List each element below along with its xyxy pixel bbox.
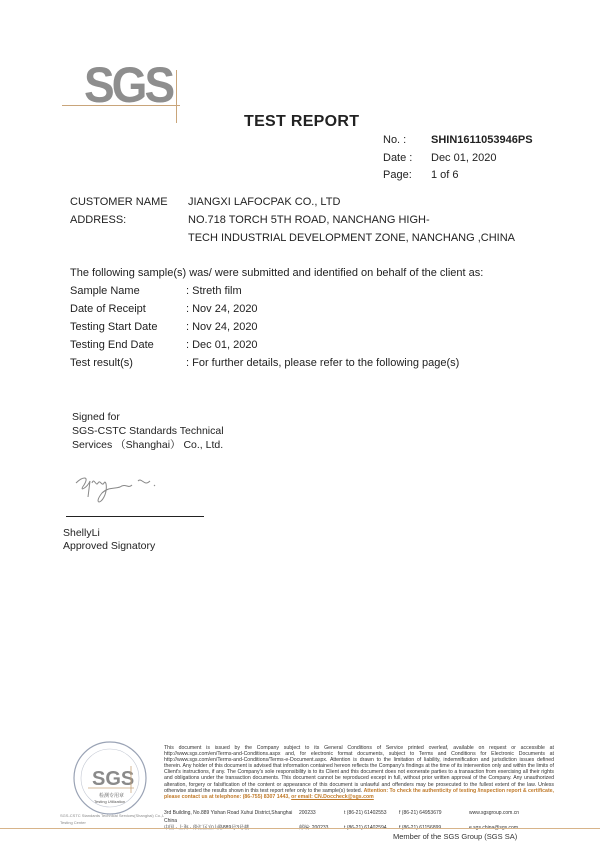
sgs-logo-text: SGS bbox=[84, 60, 172, 110]
page-number: 1 of 6 bbox=[431, 169, 459, 187]
fax-1: f (86-21) 64953679 bbox=[399, 810, 469, 825]
tel-1: t (86-21) 61402553 bbox=[344, 810, 399, 825]
svg-text:Testing Center: Testing Center bbox=[60, 820, 86, 825]
info-label: Test result(s) bbox=[70, 357, 186, 375]
svg-text:SGS: SGS bbox=[92, 768, 134, 790]
info-label: Testing Start Date bbox=[70, 321, 186, 339]
stamp-seal-icon: SGS 检测专用章 Testing Utilization SGS-CSTC S… bbox=[58, 738, 164, 826]
address-label-blank bbox=[70, 232, 188, 250]
report-number: SHIN1611053946PS bbox=[431, 134, 533, 152]
signer-block: ShellyLi Approved Signatory bbox=[63, 527, 155, 553]
address-en: 3rd Building, No.889 Yishan Road Xuhui D… bbox=[164, 810, 299, 825]
website-link[interactable]: www.sgsgroup.com.cn bbox=[469, 810, 519, 825]
info-row: Date of Receipt : Nov 24, 2020 bbox=[70, 303, 459, 321]
info-value: : Dec 01, 2020 bbox=[186, 339, 258, 357]
report-date: Dec 01, 2020 bbox=[431, 152, 496, 170]
info-label: Sample Name bbox=[70, 285, 186, 303]
signature-line bbox=[66, 516, 204, 517]
signed-for-label: Signed for bbox=[72, 410, 224, 424]
address-line-1: NO.718 TORCH 5TH ROAD, NANCHANG HIGH- bbox=[188, 214, 430, 232]
meta-label: Date : bbox=[383, 152, 431, 170]
info-row: Sample Name : Streth film bbox=[70, 285, 459, 303]
meta-label: No. : bbox=[383, 134, 431, 152]
address-label: ADDRESS: bbox=[70, 214, 188, 232]
info-value: : For further details, please refer to t… bbox=[186, 357, 459, 375]
member-of-sgs: Member of the SGS Group (SGS SA) bbox=[393, 832, 517, 841]
svg-text:Testing Utilization: Testing Utilization bbox=[94, 799, 125, 804]
intro-text: The following sample(s) was/ were submit… bbox=[70, 267, 483, 279]
svg-text:检测专用章: 检测专用章 bbox=[99, 792, 124, 799]
info-label: Date of Receipt bbox=[70, 303, 186, 321]
legal-disclaimer: This document is issued by the Company s… bbox=[164, 745, 554, 800]
address-row-2: TECH INDUSTRIAL DEVELOPMENT ZONE, NANCHA… bbox=[70, 232, 515, 250]
signature-image bbox=[68, 463, 168, 508]
address-row: ADDRESS: NO.718 TORCH 5TH ROAD, NANCHANG… bbox=[70, 214, 515, 232]
customer-name-row: CUSTOMER NAME JIANGXI LAFOCPAK CO., LTD bbox=[70, 196, 515, 214]
doccheck-email-link[interactable]: or email: CN.Doccheck@sgs.com bbox=[291, 794, 374, 800]
info-value: : Nov 24, 2020 bbox=[186, 303, 258, 321]
customer-name: JIANGXI LAFOCPAK CO., LTD bbox=[188, 196, 340, 214]
signing-company-line-1: SGS-CSTC Standards Technical bbox=[72, 424, 224, 438]
signer-name: ShellyLi bbox=[63, 527, 155, 540]
signed-for-block: Signed for SGS-CSTC Standards Technical … bbox=[72, 410, 224, 452]
customer-info: CUSTOMER NAME JIANGXI LAFOCPAK CO., LTD … bbox=[70, 196, 515, 250]
footer-address: 3rd Building, No.889 Yishan Road Xuhui D… bbox=[164, 810, 519, 833]
logo-horizontal-rule bbox=[62, 105, 180, 106]
sample-info: Sample Name : Streth film Date of Receip… bbox=[70, 285, 459, 375]
info-label: Testing End Date bbox=[70, 339, 186, 357]
info-row: Testing Start Date : Nov 24, 2020 bbox=[70, 321, 459, 339]
logo-vertical-rule bbox=[176, 70, 177, 123]
report-meta: No. : SHIN1611053946PS Date : Dec 01, 20… bbox=[383, 134, 533, 187]
footer-row-en: 3rd Building, No.889 Yishan Road Xuhui D… bbox=[164, 810, 519, 825]
address-line-2: TECH INDUSTRIAL DEVELOPMENT ZONE, NANCHA… bbox=[188, 232, 515, 250]
meta-row-date: Date : Dec 01, 2020 bbox=[383, 152, 533, 170]
info-row: Testing End Date : Dec 01, 2020 bbox=[70, 339, 459, 357]
sgs-logo: SGS bbox=[66, 60, 166, 110]
svg-text:SGS-CSTC Standards Technical S: SGS-CSTC Standards Technical Services(Sh… bbox=[60, 813, 164, 818]
testing-stamp: SGS 检测专用章 Testing Utilization SGS-CSTC S… bbox=[58, 738, 164, 826]
zip-en: 200233 bbox=[299, 810, 344, 825]
info-value: : Nov 24, 2020 bbox=[186, 321, 258, 339]
legal-text: This document is issued by the Company s… bbox=[164, 745, 554, 794]
signing-company-line-2: Services （Shanghai） Co., Ltd. bbox=[72, 438, 224, 452]
footer-rule bbox=[0, 828, 600, 829]
meta-row-page: Page: 1 of 6 bbox=[383, 169, 533, 187]
info-row: Test result(s) : For further details, pl… bbox=[70, 357, 459, 375]
report-title: TEST REPORT bbox=[244, 113, 359, 131]
customer-label: CUSTOMER NAME bbox=[70, 196, 188, 214]
meta-label: Page: bbox=[383, 169, 431, 187]
info-value: : Streth film bbox=[186, 285, 242, 303]
signer-title: Approved Signatory bbox=[63, 540, 155, 553]
meta-row-number: No. : SHIN1611053946PS bbox=[383, 134, 533, 152]
